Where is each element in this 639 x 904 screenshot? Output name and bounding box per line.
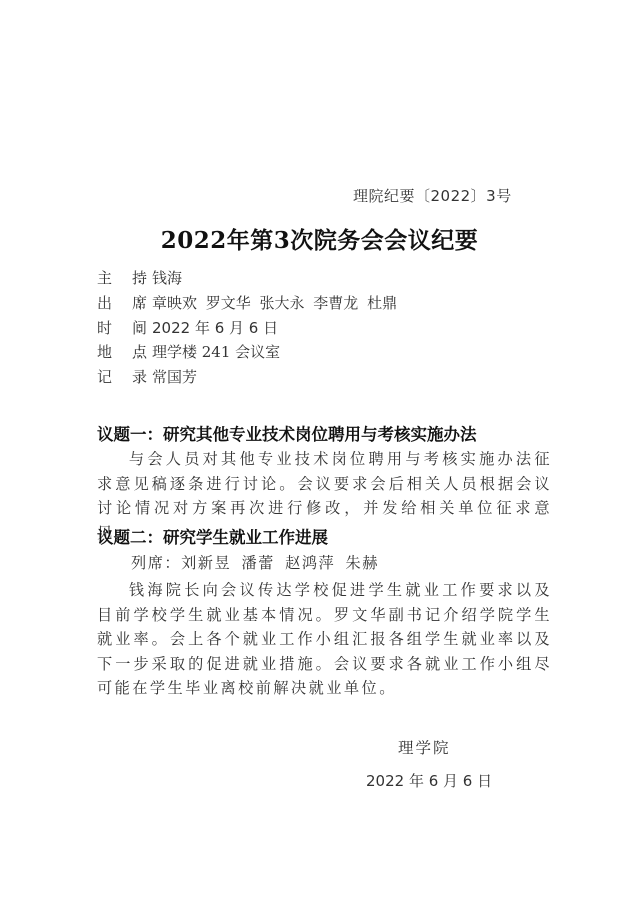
signature-date: 2022 年 6 月 6 日: [366, 770, 492, 791]
topic-2-heading: 议题二：研究学生就业工作进展: [97, 524, 328, 548]
meeting-info: 主持 ： 钱海 出席 ： 章映欢 罗文华 张大永 李曹龙 杜鼎 时间 ： 202…: [97, 266, 397, 390]
meta-recorder: 记录 ： 常国芳: [97, 365, 397, 390]
meta-value: 钱海: [152, 266, 182, 291]
meta-attendees: 出席 ： 章映欢 罗文华 张大永 李曹龙 杜鼎: [97, 291, 397, 316]
meta-value: 章映欢 罗文华 张大永 李曹龙 杜鼎: [152, 291, 397, 316]
meta-value: 常国芳: [152, 365, 197, 390]
topic-2-body: 钱海院长向会议传达学校促进学生就业工作要求以及目前学校学生就业基本情况。罗文华副…: [97, 578, 552, 701]
meta-value: 2022 年 6 月 6 日: [152, 316, 278, 341]
signature-organization: 理学院: [398, 736, 451, 758]
meta-location: 地点 ： 理学楼 241 会议室: [97, 340, 397, 365]
meta-value: 理学楼 241 会议室: [152, 340, 280, 365]
topic-1-heading: 议题一：研究其他专业技术岗位聘用与考核实施办法: [97, 421, 477, 445]
document-title: 2022年第3次院务会会议纪要: [0, 222, 639, 255]
topic-2-attendees: 列席：刘新昱 潘蕾 赵鸿萍 朱赫: [131, 552, 379, 573]
document-number: 理院纪要〔2022〕3号: [353, 185, 512, 206]
meta-host: 主持 ： 钱海: [97, 266, 397, 291]
meta-time: 时间 ： 2022 年 6 月 6 日: [97, 316, 397, 341]
